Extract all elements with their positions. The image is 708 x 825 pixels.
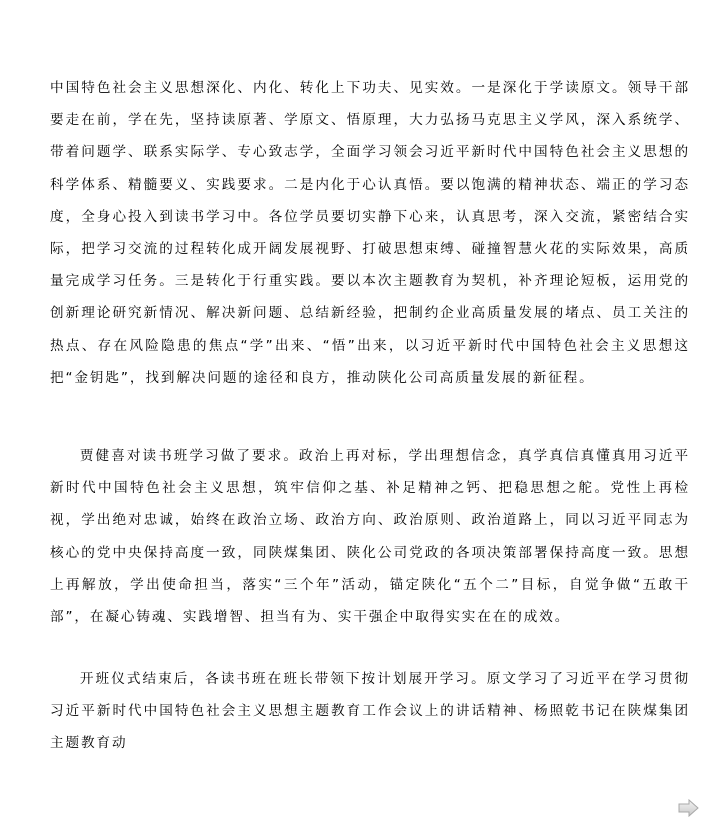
paragraph-3: 开班仪式结束后，各读书班在班长带领下按计划展开学习。原文学习了习近平在学习贯彻习… — [50, 663, 690, 760]
paragraph-2: 贾健喜对读书班学习做了要求。政治上再对标，学出理想信念，真学真信真懂真用习近平新… — [50, 440, 690, 633]
next-page-button[interactable] — [678, 799, 700, 817]
paragraph-1: 中国特色社会主义思想深化、内化、转化上下功夫、见实效。一是深化于学读原文。领导干… — [50, 72, 690, 394]
right-arrow-icon — [678, 799, 700, 817]
